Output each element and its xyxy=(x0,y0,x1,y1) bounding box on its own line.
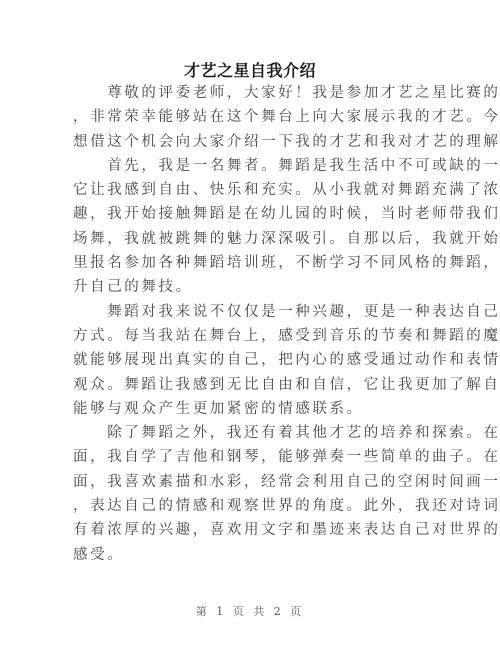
document-page: 才艺之星自我介绍 尊敬的评委老师，大家好！我是参加才艺之星比赛的选手XXX ，非… xyxy=(0,0,500,647)
document-body: 尊敬的评委老师，大家好！我是参加才艺之星比赛的选手XXX ，非常荣幸能够站在这个… xyxy=(73,81,429,567)
text-line: 升自己的舞技。 xyxy=(73,275,429,299)
text-line: 它让我感到自由、快乐和充实。从小我就对舞蹈充满了浓厚的兴 xyxy=(73,178,429,202)
text-line: 方式。每当我站在舞台上，感受到音乐的节奏和舞蹈的魔力，我 xyxy=(73,324,429,348)
text-line: 除了舞蹈之外，我还有着其他才艺的培养和探索。在音乐方 xyxy=(73,421,429,445)
text-line: 舞蹈对我来说不仅仅是一种兴趣，更是一种表达自己情感的 xyxy=(73,300,429,324)
text-line: 尊敬的评委老师，大家好！我是参加才艺之星比赛的选手XXX xyxy=(73,81,429,105)
document-title: 才艺之星自我介绍 xyxy=(0,58,500,81)
text-line: 感受。 xyxy=(73,543,429,567)
text-line: ，表达自己的情感和观察世界的角度。此外，我还对诗词和书法 xyxy=(73,494,429,518)
text-line: 面，我自学了吉他和钢琴，能够弹奏一些简单的曲子。在美术方 xyxy=(73,445,429,469)
text-line: 面，我喜欢素描和水彩，经常会利用自己的空闲时间画一些作品 xyxy=(73,470,429,494)
text-line: 首先，我是一名舞者。舞蹈是我生活中不可或缺的一部分， xyxy=(73,154,429,178)
text-line: 想借这个机会向大家介绍一下我的才艺和我对才艺的理解。 xyxy=(73,130,429,154)
text-line: 场舞，我就被跳舞的魅力深深吸引。自那以后，我就开始在学校 xyxy=(73,227,429,251)
text-line: ，非常荣幸能够站在这个舞台上向大家展示我的才艺。今天，我 xyxy=(73,105,429,129)
text-line: 里报名参加各种舞蹈培训班，不断学习不同风格的舞蹈，努力提 xyxy=(73,251,429,275)
text-line: 有着浓厚的兴趣，喜欢用文字和墨迹来表达自己对世界的思考和 xyxy=(73,518,429,542)
page-footer: 第 1 页 共 2 页 xyxy=(0,603,500,619)
text-line: 观众。舞蹈让我感到无比自由和自信，它让我更加了解自己，也 xyxy=(73,373,429,397)
text-line: 趣，我开始接触舞蹈是在幼儿园的时候，当时老师带我们学跳广 xyxy=(73,202,429,226)
text-line: 能够与观众产生更加紧密的情感联系。 xyxy=(73,397,429,421)
text-line: 就能够展现出真实的自己，把内心的感受通过动作和表情传达给 xyxy=(73,348,429,372)
